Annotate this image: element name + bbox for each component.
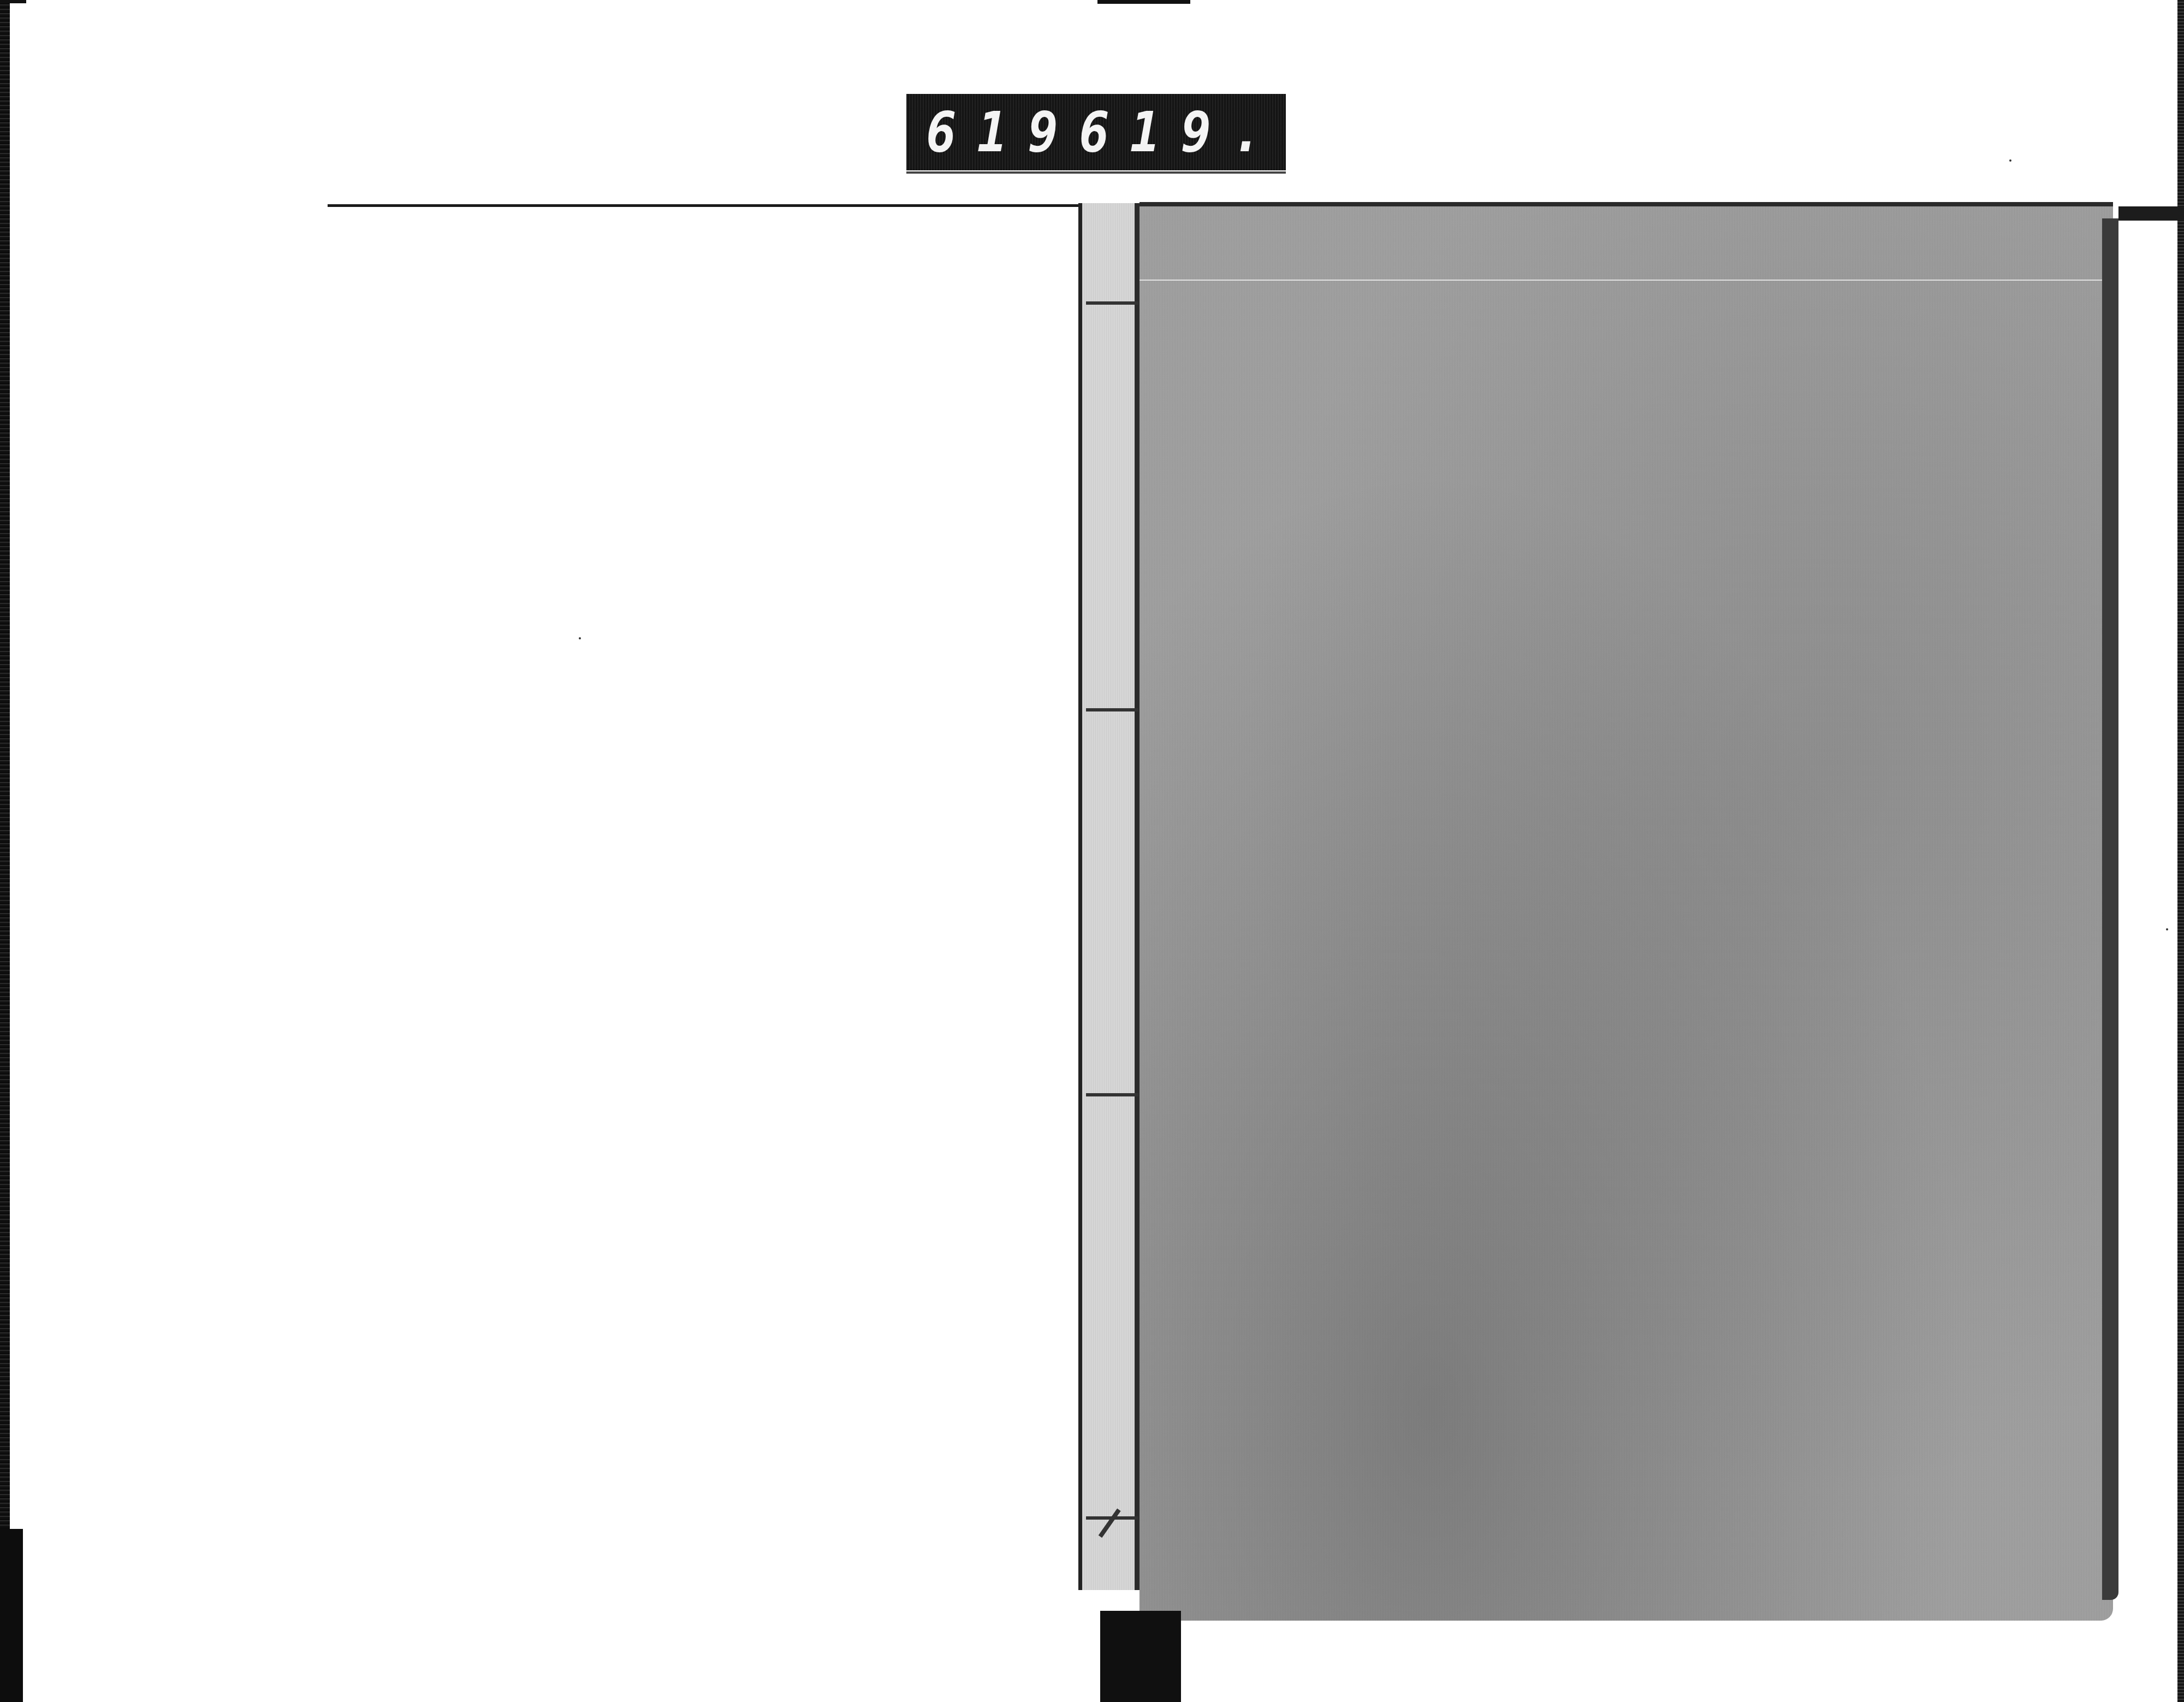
scanner-left-border-bottom (0, 1529, 23, 1702)
reel-number-left: 619 (926, 100, 1079, 164)
book-cover (1140, 202, 2113, 1621)
scanner-corner-mark (0, 0, 26, 3)
reel-number-label: 619 619. (906, 94, 1286, 170)
binding-stitch (1086, 301, 1138, 305)
dust-speck (2009, 159, 2011, 162)
cover-fold-line (1140, 280, 2113, 281)
page-block-edge (2102, 218, 2118, 1600)
label-underline (906, 171, 1286, 174)
dust-speck (579, 637, 581, 639)
scanner-left-border (0, 0, 10, 1702)
book-spine (1078, 203, 1140, 1590)
dust-speck (2166, 928, 2168, 930)
spine-shadow (1100, 1611, 1181, 1702)
header-rule-right (2118, 206, 2184, 221)
binding-stitch (1086, 1093, 1138, 1096)
reel-number-right: 619. (1079, 100, 1283, 164)
binding-stitch (1086, 708, 1138, 711)
book-cover-scan (1078, 202, 2118, 1616)
scanner-right-border (2177, 0, 2184, 1702)
header-rule (328, 204, 1081, 207)
scanner-top-mark (1097, 0, 1190, 4)
scanned-page: 619 619. (0, 0, 2184, 1702)
